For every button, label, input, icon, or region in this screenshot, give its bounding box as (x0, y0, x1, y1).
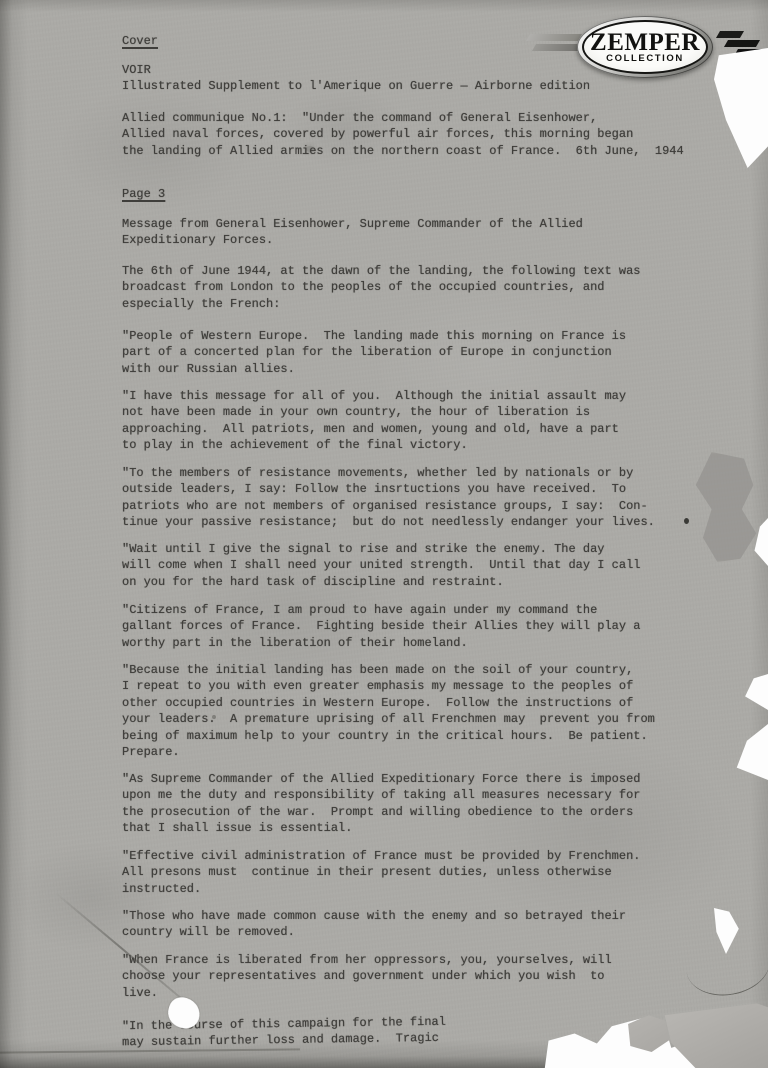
paragraph-citizens: "Citizens of France, I am proud to have … (122, 602, 640, 651)
paragraph-when-france: "When France is liberated from her oppre… (122, 952, 612, 1001)
paragraph-people: "People of Western Europe. The landing m… (122, 328, 626, 377)
stamp-subtitle: COLLECTION (606, 53, 684, 64)
stamp-oval-inner: ZEMPER COLLECTION (582, 20, 708, 74)
speed-line-right-icon (724, 40, 760, 47)
torn-edge-right (734, 724, 768, 780)
torn-edge-right (750, 518, 768, 566)
torn-flap-bottom-right (658, 1002, 768, 1068)
heading-cover: Cover (122, 33, 158, 49)
heading-page-3: Page 3 (122, 186, 165, 202)
paragraph-those-who: "Those who have made common cause with t… (122, 908, 626, 941)
paragraph-civil-admin: "Effective civil administration of Franc… (122, 848, 640, 897)
tear-crack-line (682, 929, 768, 1002)
ink-speck (684, 518, 689, 524)
paragraph-resistance: "To the members of resistance movements,… (122, 465, 655, 531)
torn-edge-right (742, 674, 768, 710)
paragraph-broadcast: The 6th of June 1944, at the dawn of the… (122, 263, 640, 312)
speed-line-right-icon (716, 31, 744, 38)
torn-flap-tab (618, 1012, 674, 1052)
torn-flap-right-middle (690, 452, 762, 562)
paragraph-wait: "Wait until I give the signal to rise an… (122, 541, 640, 590)
paragraph-because: "Because the initial landing has been ma… (122, 662, 655, 760)
torn-hole-bottom-right (702, 908, 742, 954)
paragraph-campaign-torn: "In the course of this campaign for the … (122, 1014, 446, 1051)
stamp-oval: ZEMPER COLLECTION (577, 16, 713, 78)
torn-edge-bottom-right (396, 996, 768, 1068)
paragraph-i-have: "I have this message for all of you. Alt… (122, 388, 626, 454)
scanned-document-page: Cover VOIR Illustrated Supplement to l'A… (0, 0, 768, 1068)
zemper-collection-stamp: ZEMPER COLLECTION (520, 10, 768, 88)
paragraph-message: Message from General Eisenhower, Supreme… (122, 216, 583, 249)
speed-line-right-icon (734, 49, 768, 56)
paragraph-communique: Allied communique No.1: "Under the comma… (122, 110, 684, 159)
paragraph-supreme: "As Supreme Commander of the Allied Expe… (122, 771, 640, 837)
speed-line-left-icon (526, 34, 582, 41)
stamp-title: ZEMPER (590, 31, 700, 55)
